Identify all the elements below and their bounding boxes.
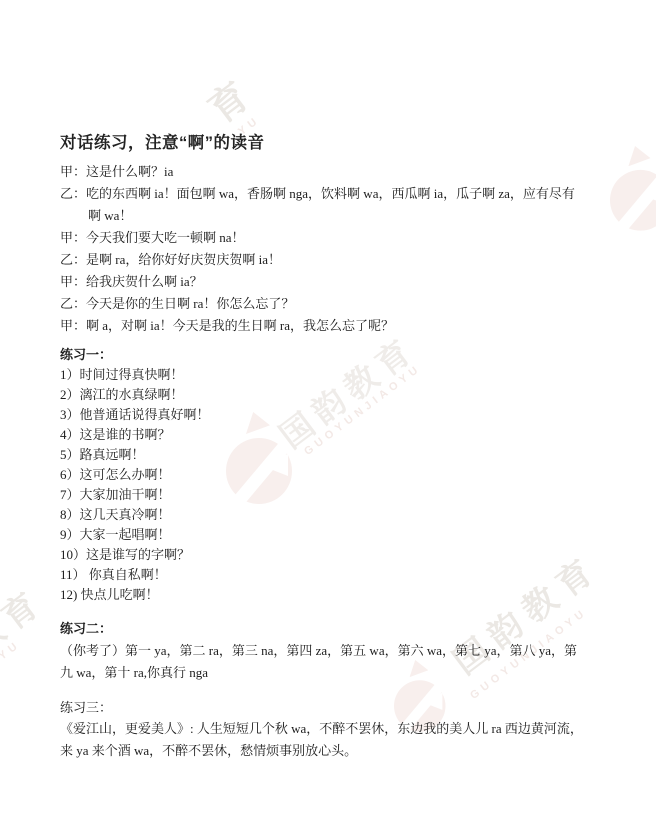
exercise2-heading: 练习二： [60, 620, 112, 637]
dialog-line: 甲：给我庆贺什么啊 ia？ [60, 273, 203, 290]
exercise-item: 2）漓江的水真绿啊！ [60, 386, 184, 403]
document-text: 对话练习，注意“啊”的读音 甲：这是什么啊？ia 乙：吃的东西啊 ia！面包啊 … [0, 0, 656, 821]
exercise-item: 12) 快点儿吃啊！ [60, 586, 159, 603]
exercise3-line: 《爱江山，更爱美人》: 人生短短几个秋 wa，不醉不罢休，东边我的美人儿 ra … [60, 720, 583, 737]
page-title: 对话练习，注意“啊”的读音 [60, 129, 265, 153]
exercise-item: 9）大家一起唱啊！ [60, 526, 171, 543]
exercise-item: 7）大家加油干啊！ [60, 486, 171, 503]
exercise-item: 1）时间过得真快啊！ [60, 366, 184, 383]
exercise-item: 5）路真远啊！ [60, 446, 145, 463]
dialog-line: 甲：啊 a，对啊 ia！今天是我的生日啊 ra，我怎么忘了呢？ [60, 317, 394, 334]
dialog-line: 甲：这是什么啊？ia [60, 163, 173, 180]
dialog-line: 甲：今天我们要大吃一顿啊 na！ [60, 229, 245, 246]
document-page: 育 YU 国韵教育 GUOYUNJIAOYU 教育 AOYU 国韵教育 GUOY… [0, 0, 656, 821]
exercise2-line: 九 wa，第十 ra,你真行 nga [60, 664, 208, 681]
exercise-item: 10）这是谁写的字啊？ [60, 546, 190, 563]
exercise2-line: （你考了）第一 ya，第二 ra，第三 na，第四 za，第五 wa，第六 wa… [60, 642, 577, 659]
dialog-line: 乙：吃的东西啊 ia！面包啊 wa，香肠啊 nga，饮料啊 wa，西瓜啊 ia，… [60, 185, 575, 202]
exercise3-line: 来 ya 来个酒 wa，不醉不罢休，愁情烦事别放心头。 [60, 742, 357, 759]
dialog-line: 乙：是啊 ra，给你好好庆贺庆贺啊 ia！ [60, 251, 281, 268]
exercise3-heading: 练习三： [60, 699, 112, 716]
dialog-line: 乙：今天是你的生日啊 ra！你怎么忘了？ [60, 295, 294, 312]
dialog-line-wrap: 啊 wa！ [88, 207, 132, 224]
exercise-item: 11） 你真自私啊！ [60, 566, 167, 583]
exercise-item: 4）这是谁的书啊？ [60, 426, 171, 443]
exercise-item: 3）他普通话说得真好啊！ [60, 406, 210, 423]
exercise-item: 6）这可怎么办啊！ [60, 466, 171, 483]
exercise-item: 8）这几天真冷啊！ [60, 506, 171, 523]
exercise1-heading: 练习一： [60, 346, 112, 363]
